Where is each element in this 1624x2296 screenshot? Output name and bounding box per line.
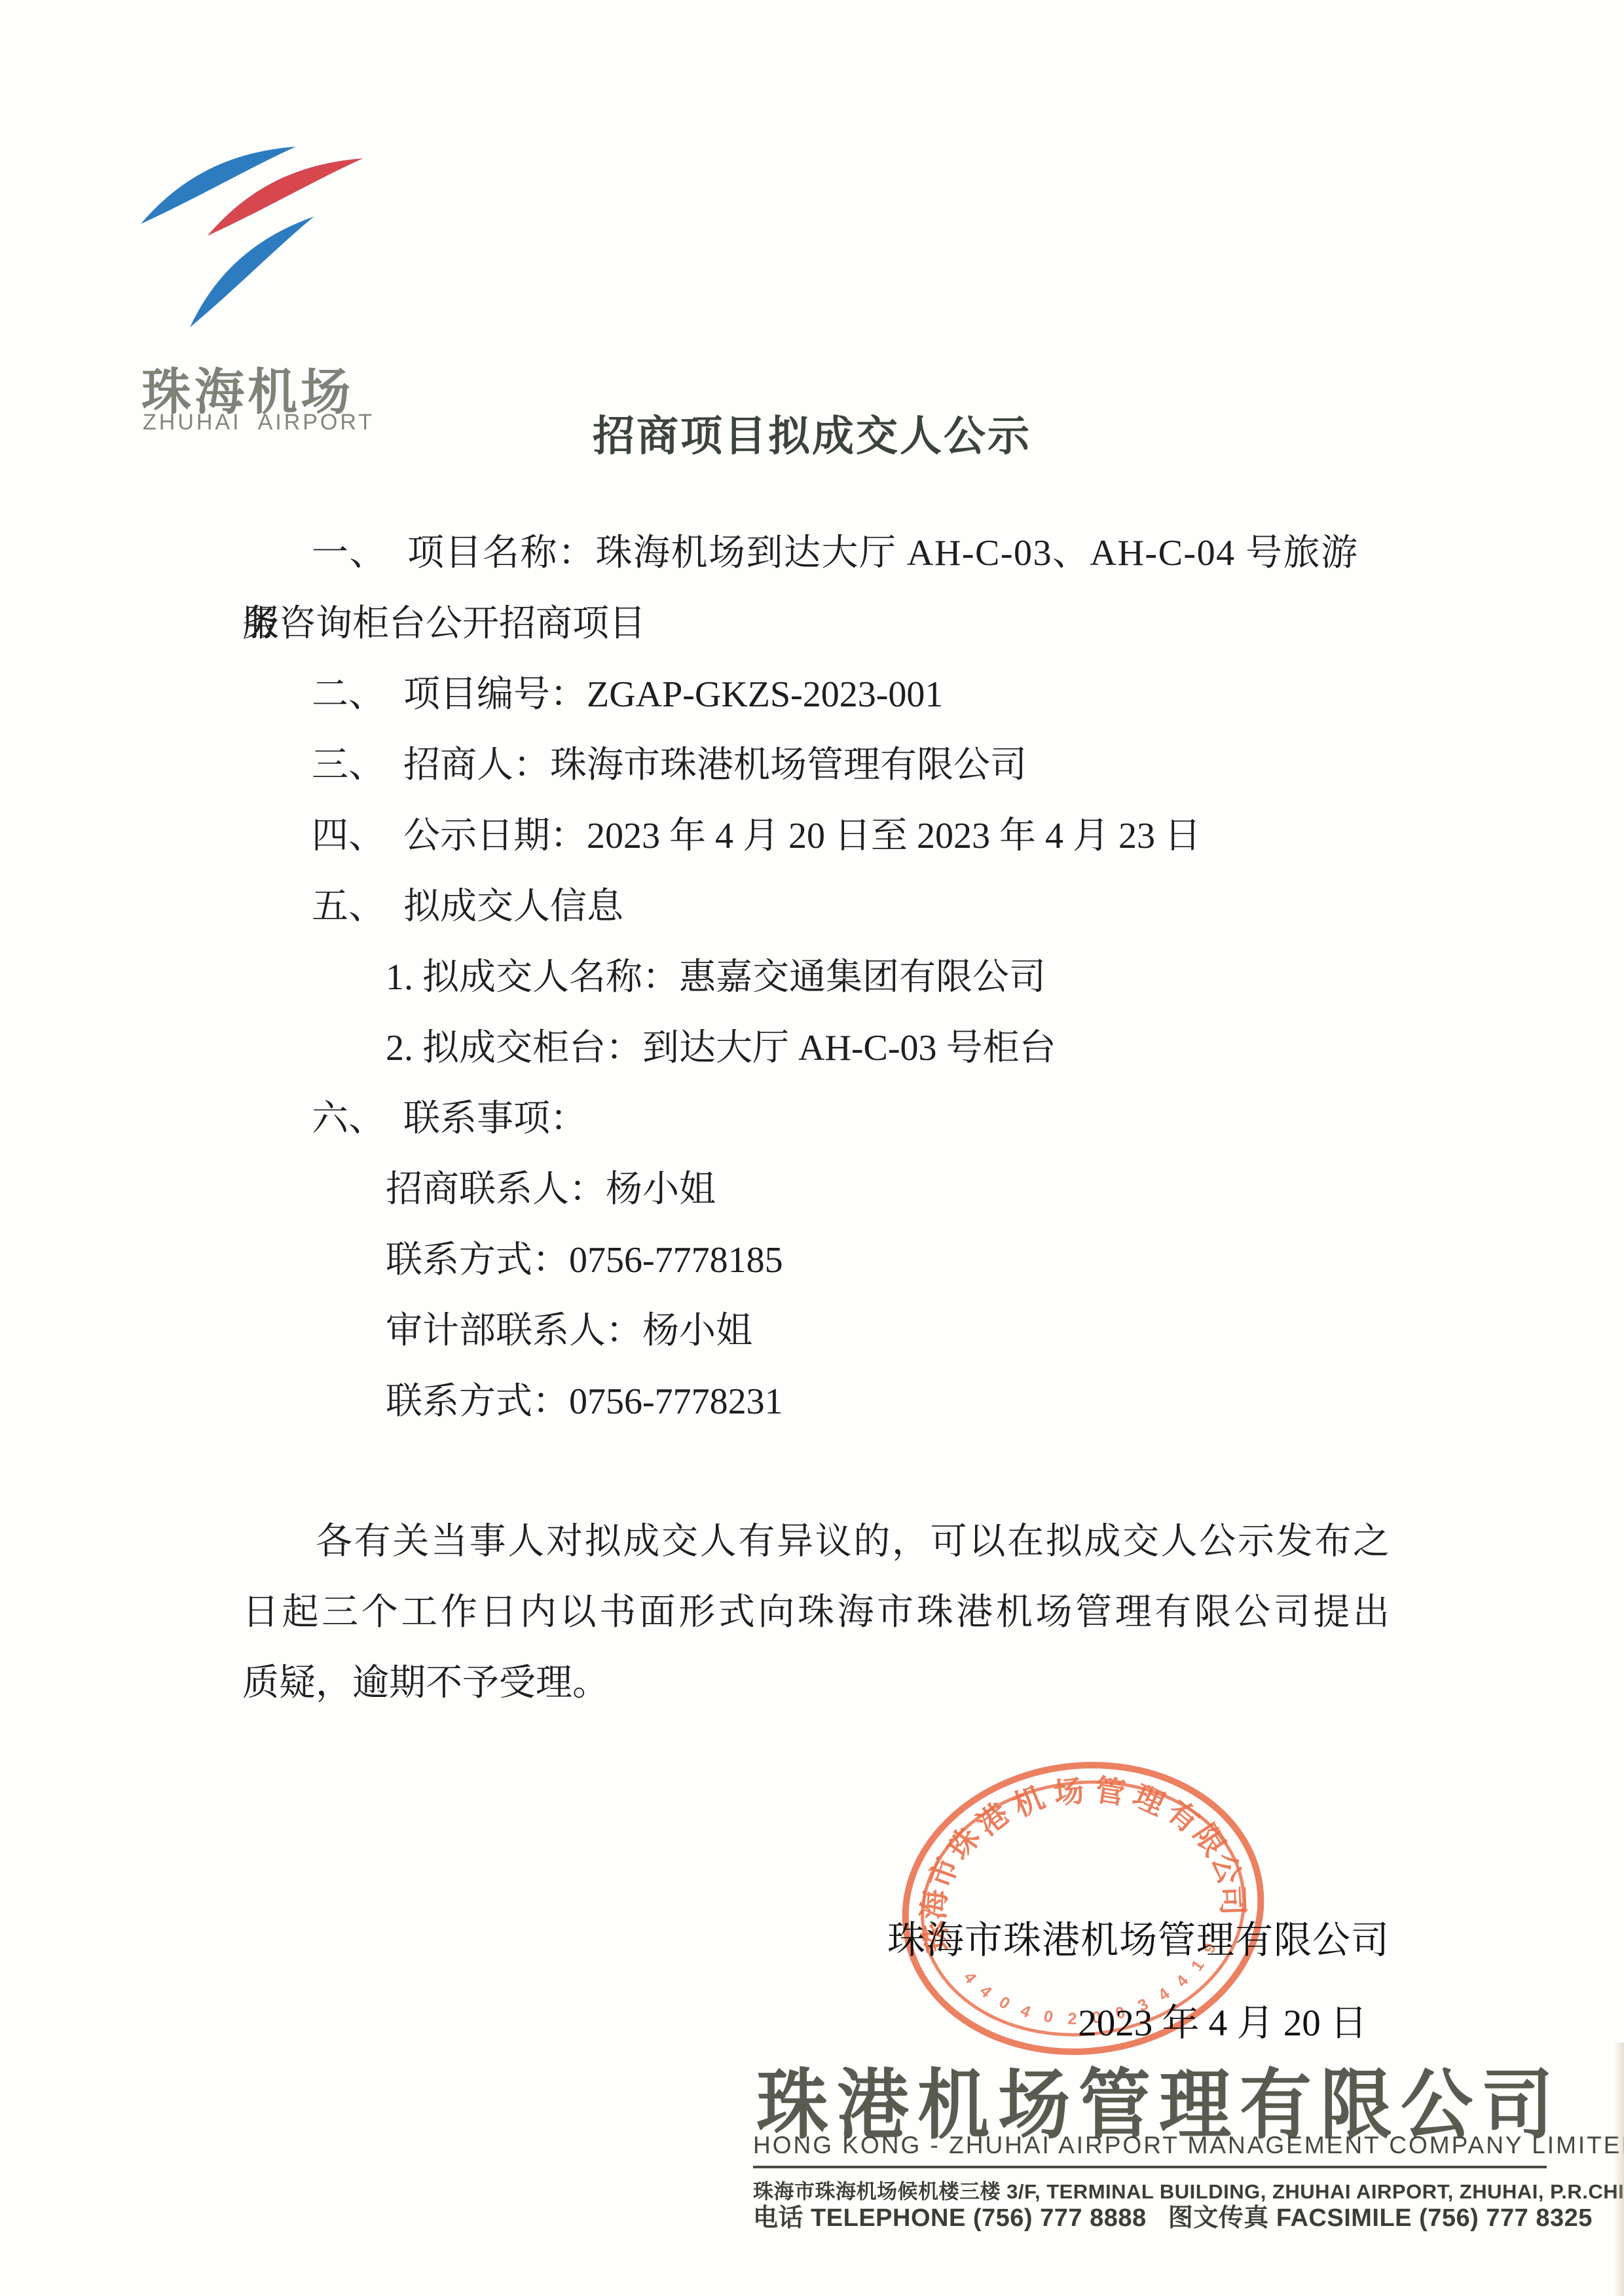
body-line-contact-section: 六、 联系事项： [242, 1084, 1390, 1154]
svg-text:海: 海 [917, 1888, 952, 1920]
logo-swoosh-icon [138, 124, 373, 347]
body-line-winner-counter: 2. 拟成交柜台：到达大厅 AH-C-03 号柜台 [242, 1013, 1390, 1084]
svg-text:4: 4 [1018, 2001, 1033, 2022]
svg-text:4: 4 [960, 1969, 980, 1987]
footer-phone-fax: 电话 TELEPHONE (756) 777 8888 图文传真 FACSIMI… [753, 2197, 1604, 2233]
body-line-audit-phone: 联系方式：0756-7778231 [242, 1366, 1390, 1437]
body-line-contact-phone: 联系方式：0756-7778185 [242, 1225, 1390, 1296]
paragraph-line: 日起三个工作日内以书面形式向珠海市珠港机场管理有限公司提出 [242, 1577, 1390, 1648]
svg-text:场: 场 [1052, 1774, 1086, 1811]
body-line-project-name-2: 务咨询柜台公开招商项目 [242, 589, 1390, 659]
body-text-block: 一、 项目名称：珠海机场到达大厅 AH-C-03、AH-C-04 号旅游服 务咨… [242, 518, 1390, 1437]
body-line-project-name: 一、 项目名称：珠海机场到达大厅 AH-C-03、AH-C-04 号旅游服 [242, 518, 1390, 589]
svg-text:管: 管 [1092, 1773, 1127, 1810]
scan-edge-artifact [1614, 2043, 1624, 2296]
seal-ring-text: 珠海市珠港机场管理有限公司 [901, 1755, 1252, 1955]
body-line-audit-contact: 审计部联系人：杨小姐 [242, 1296, 1390, 1366]
svg-text:2: 2 [1067, 2009, 1077, 2028]
zhuhai-airport-logo: 珠海机场 ZHUHAI AIRPORT [138, 124, 373, 439]
paragraph-line: 质疑，逾期不予受理。 [242, 1648, 1390, 1719]
document-page: 珠海机场 ZHUHAI AIRPORT 招商项目拟成交人公示 一、 项目名称：珠… [0, 0, 1624, 2296]
svg-text:0: 0 [995, 1993, 1013, 2013]
objection-paragraph: 各有关当事人对拟成交人有异议的，可以在拟成交人公示发布之 日起三个工作日内以书面… [242, 1506, 1390, 1719]
footer-company-en: HONG KONG - ZHUHAI AIRPORT MANAGEMENT CO… [753, 2132, 1591, 2159]
svg-text:4: 4 [1154, 1984, 1173, 2005]
svg-text:3: 3 [1135, 1995, 1151, 2015]
body-line-contact-person: 招商联系人：杨小姐 [242, 1154, 1390, 1225]
svg-text:9: 9 [1200, 1941, 1220, 1956]
body-line-winner-info: 五、 拟成交人信息 [242, 871, 1390, 942]
body-line-public-date: 四、 公示日期：2023 年 4 月 20 日至 2023 年 4 月 23 日 [242, 801, 1390, 871]
svg-text:0: 0 [1091, 2008, 1102, 2027]
company-seal-stamp: 珠海市珠港机场管理有限公司 4404020034419 [887, 1748, 1280, 2069]
svg-text:司: 司 [1215, 1885, 1250, 1916]
svg-text:4: 4 [976, 1982, 995, 2001]
body-line-winner-name: 1. 拟成交人名称：惠嘉交通集团有限公司 [242, 942, 1390, 1013]
page-title: 招商项目拟成交人公示 [0, 403, 1624, 463]
paragraph-line: 各有关当事人对拟成交人有异议的，可以在拟成交人公示发布之 [242, 1506, 1390, 1577]
seal-number: 4404020034419 [959, 1939, 1228, 2043]
svg-text:1: 1 [1188, 1957, 1208, 1975]
svg-text:4: 4 [1173, 1971, 1192, 1990]
svg-text:0: 0 [1042, 2007, 1055, 2026]
footer-divider [753, 2166, 1547, 2168]
svg-text:0: 0 [1113, 2003, 1127, 2023]
body-line-inviter: 三、 招商人：珠海市珠港机场管理有限公司 [242, 730, 1390, 801]
body-line-project-number: 二、 项目编号：ZGAP-GKZS-2023-001 [242, 659, 1390, 730]
